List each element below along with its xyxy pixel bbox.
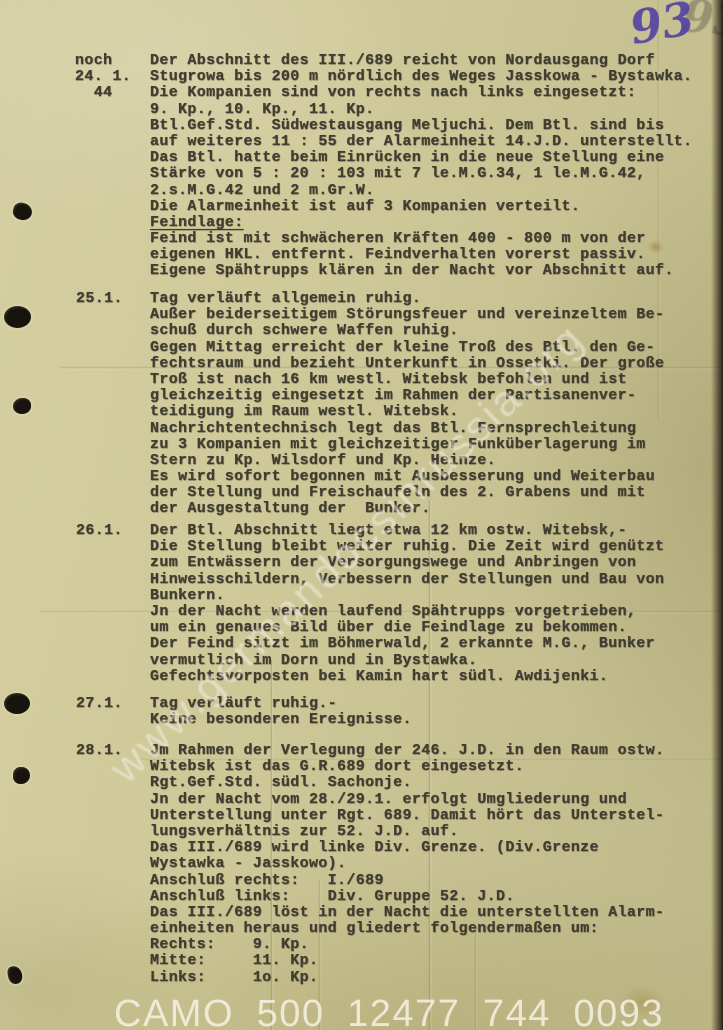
text-line: Mitte: 11. Kp. — [150, 953, 664, 969]
text-line: Keine besonderen Ereignisse. — [150, 712, 412, 728]
text-line: um ein genaues Bild über die Feindlage z… — [150, 620, 664, 636]
entry-date: 27.1. — [76, 696, 123, 712]
paper-stain — [620, 985, 666, 1019]
text-line: Das III./689 wird linke Div. Grenze. (Di… — [150, 840, 664, 856]
text-line: Es wird sofort begonnen mit Ausbesserung… — [150, 469, 664, 485]
text-line: Troß ist nach 16 km westl. Witebsk befoh… — [150, 372, 664, 388]
text-line: Witebsk ist das G.R.689 dort eingesetzt. — [150, 759, 664, 775]
text-line: Jn der Nacht werden laufend Spähtrupps v… — [150, 604, 664, 620]
text-line: 27.1. — [76, 696, 123, 712]
text-line: Stugrowa bis 200 m nördlich des Weges Ja… — [150, 69, 692, 85]
text-line: Die Alarmeinheit ist auf 3 Kompanien ver… — [150, 199, 692, 215]
punch-hole — [13, 767, 30, 784]
text-line: Die Stellung bleibt weiter ruhig. Die Ze… — [150, 539, 664, 555]
text-line: Tag verläuft ruhig.- — [150, 696, 412, 712]
text-line: auf weiteres 11 : 55 der Alarmeinheit 14… — [150, 134, 692, 150]
text-line: eigenen HKL. entfernt. Feindverhalten vo… — [150, 247, 692, 263]
text-line: Jm Rahmen der Verlegung der 246. J.D. in… — [150, 743, 664, 759]
document-page: 93 93 noch24. 1. 44 Der Abschnitt des II… — [0, 0, 723, 1030]
text-line: Rechts: 9. Kp. — [150, 937, 664, 953]
watermark-archive-code: CAMO_500_12477_744_0093 — [114, 993, 664, 1030]
text-line: Eigene Spähtrupps klären in der Nacht vo… — [150, 263, 692, 279]
entry-date: 25.1. — [76, 291, 123, 307]
text-line: Anschluß rechts: I./689 — [150, 873, 664, 889]
text-line: fechtsraum und bezieht Unterkunft in Oss… — [150, 356, 664, 372]
text-line: Der Btl. Abschnitt liegt etwa 12 km ostw… — [150, 523, 664, 539]
text-line: Der Feind sitzt im Böhmerwald, 2 erkannt… — [150, 636, 664, 652]
handwritten-page-number-ink: 93 — [626, 0, 698, 55]
text-line: noch — [75, 53, 131, 69]
text-line: lungsverhältnis zur 52. J.D. auf. — [150, 824, 664, 840]
text-line: 24. 1. — [75, 69, 131, 85]
text-line: Der Abschnitt des III./689 reicht von No… — [150, 53, 692, 69]
text-line: zum Entwässern der Versorgungswege und A… — [150, 555, 664, 571]
text-line: Rgt.Gef.Std. südl. Sachonje. — [150, 775, 664, 791]
text-line: Außer beiderseitigem Störungsfeuer und v… — [150, 307, 664, 323]
text-line: Gefechtsvorposten bei Kamin hart südl. A… — [150, 669, 664, 685]
text-line: der Stellung und Freischaufeln des 2. Gr… — [150, 485, 664, 501]
text-line: der Ausgestaltung der Bunker. — [150, 501, 664, 517]
punch-hole — [13, 398, 31, 414]
punch-hole — [4, 693, 30, 714]
punch-hole — [6, 965, 23, 986]
text-line: Btl.Gef.Std. Südwestausgang Meljuchi. De… — [150, 118, 692, 134]
text-line: teidigung im Raum westl. Witebsk. — [150, 404, 664, 420]
entry-date: 26.1. — [76, 523, 123, 539]
text-line: Das Btl. hatte beim Einrücken in die neu… — [150, 150, 692, 166]
text-line: schuß durch schwere Waffen ruhig. — [150, 323, 664, 339]
text-line: Unterstellung unter Rgt. 689. Damit hört… — [150, 808, 664, 824]
text-line: einheiten heraus und gliedert folgenderm… — [150, 921, 664, 937]
text-line: Feindlage: — [150, 215, 692, 231]
text-line: Bunkern. — [150, 588, 664, 604]
text-line: 9. Kp., 10. Kp., 11. Kp. — [150, 102, 692, 118]
text-line: Anschluß links: Div. Gruppe 52. J.D. — [150, 889, 664, 905]
entry-body: Der Abschnitt des III./689 reicht von No… — [150, 53, 692, 280]
text-line: Gegen Mittag erreicht der kleine Troß de… — [150, 340, 664, 356]
text-line: Jn der Nacht vom 28./29.1. erfolgt Umgli… — [150, 792, 664, 808]
text-line: 44 — [75, 85, 131, 101]
punch-hole — [4, 306, 31, 328]
entry-body: Tag verläuft allgemein ruhig.Außer beide… — [150, 291, 664, 518]
text-line: Stern zu Kp. Wilsdorf und Kp. Heinze. — [150, 453, 664, 469]
text-line: zu 3 Kompanien mit gleichzeitiger Funküb… — [150, 437, 664, 453]
text-line: Hinweisschildern, Verbessern der Stellun… — [150, 572, 664, 588]
text-line: Das III./689 löst in der Nacht die unter… — [150, 905, 664, 921]
entry-body: Jm Rahmen der Verlegung der 246. J.D. in… — [150, 743, 664, 986]
text-line: Feind ist mit schwächeren Kräften 400 - … — [150, 231, 692, 247]
text-line: Stärke von 5 : 20 : 103 mit 7 le.M.G.34,… — [150, 166, 692, 182]
text-line: 2.s.M.G.42 und 2 m.Gr.W. — [150, 183, 692, 199]
text-line: Links: 1o. Kp. — [150, 970, 664, 986]
text-line: Wystawka - Jasskowo). — [150, 856, 664, 872]
entry-date: noch24. 1. 44 — [75, 53, 131, 102]
entry-body: Der Btl. Abschnitt liegt etwa 12 km ostw… — [150, 523, 664, 685]
text-line: 26.1. — [76, 523, 123, 539]
text-line: Tag verläuft allgemein ruhig. — [150, 291, 664, 307]
text-line: vermutlich im Dorn und in Bystawka. — [150, 653, 664, 669]
scan-edge-shadow — [711, 0, 723, 1030]
text-line: 25.1. — [76, 291, 123, 307]
entry-body: Tag verläuft ruhig.-Keine besonderen Ere… — [150, 696, 412, 728]
entry-date: 28.1. — [76, 743, 123, 759]
punch-hole — [11, 201, 34, 222]
text-line: 28.1. — [76, 743, 123, 759]
text-line: Die Kompanien sind von rechts nach links… — [150, 85, 692, 101]
text-line: gleichzeitig eingesetzt im Rahmen der Pa… — [150, 388, 664, 404]
text-line: Nachrichtentechnisch legt das Btl. Ferns… — [150, 421, 664, 437]
